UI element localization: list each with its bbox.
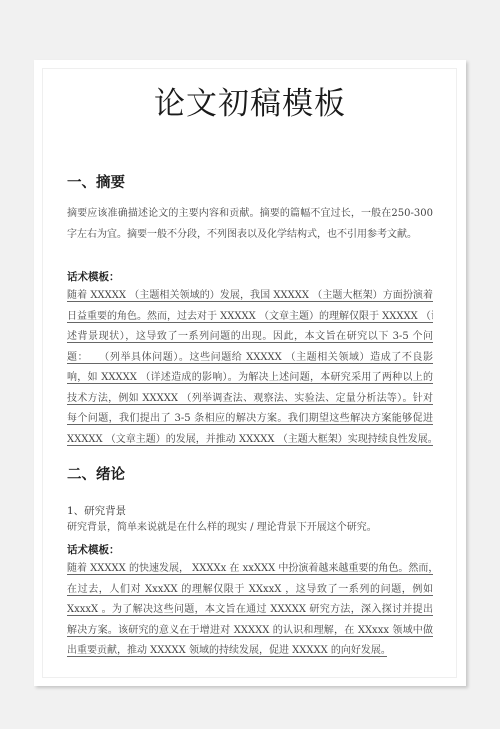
document-page: 论文初稿模板 一、摘要 摘要应该准确描述论文的主要内容和贡献。摘要的篇幅不宜过长… (34, 60, 466, 686)
template-line: 题： （列举具体问题）。这些问题给 XXXXX （主题相关领域）造成了不良影 (67, 348, 433, 369)
introduction-intro: 研究背景，简单来说就是在什么样的现实 / 理论背景下开展这个研究。 (67, 518, 433, 539)
template-label-introduction: 话术模板： (67, 542, 120, 557)
template-line: 解决方案。该研究的意义在于增进对 XXXXX 的认识和理解，在 XXxxx 领域… (67, 621, 433, 642)
template-line: 述背景现状），这导致了一系列问题的出现。因此，本文旨在研究以下 3-5 个问 (67, 327, 433, 348)
template-text-introduction: 随着 XXXXX 的快速发展， XXXXx 在 xxXXX 中扮演着越来越重要的… (67, 559, 433, 662)
template-text-abstract: 随着 XXXXX （主题相关领域的）发展，我国 XXXXX （主题大框架）方面扮… (67, 286, 433, 450)
template-line: 每个问题，我们提出了 3-5 条相应的解决方案。我们期望这些解决方案能够促进 (67, 409, 433, 430)
template-line: 技术方法，例如 XXXXX （列举调查法、观察法、实验法、定量分析法等）。针对 (67, 389, 433, 410)
template-line: 随着 XXXXX 的快速发展， XXXXx 在 xxXXX 中扮演着越来越重要的… (67, 559, 433, 580)
document-title: 论文初稿模板 (34, 78, 466, 123)
template-line: 随着 XXXXX （主题相关领域的）发展，我国 XXXXX （主题大框架）方面扮… (67, 286, 433, 307)
section-heading-introduction: 二、绪论 (67, 463, 125, 484)
template-line: XXXXX （文章主题）的发展，并推动 XXXXX （主题大框架）实现持续良性发… (67, 430, 433, 451)
abstract-intro: 摘要应该准确描述论文的主要内容和贡献。摘要的篇幅不宜过长，一般在250-300字… (67, 204, 433, 245)
template-line: 响，如 XXXXX （详述造成的影响）。为解决上述问题，本研究采用了两种以上的 (67, 368, 433, 389)
template-line: 日益重要的角色。然而，过去对于 XXXXX （文章主题）的理解仅限于 XXXXX… (67, 307, 433, 328)
subheading-research-background: 1、研究背景 (67, 503, 126, 518)
template-line: XxxxX 。为了解决这些问题，本文旨在通过 XXXXX 研究方法，深入探讨并提… (67, 600, 433, 621)
template-line: 在过去，人们对 XxxXX 的理解仅限于 XXxxX ，这导致了一系列的问题，例… (67, 580, 433, 601)
template-label-abstract: 话术模板： (67, 269, 120, 284)
section-heading-abstract: 一、摘要 (67, 171, 125, 192)
template-line: 出重要贡献，推动 XXXXX 领域的持续发展，促进 XXXXX 的向好发展。 (67, 641, 387, 662)
